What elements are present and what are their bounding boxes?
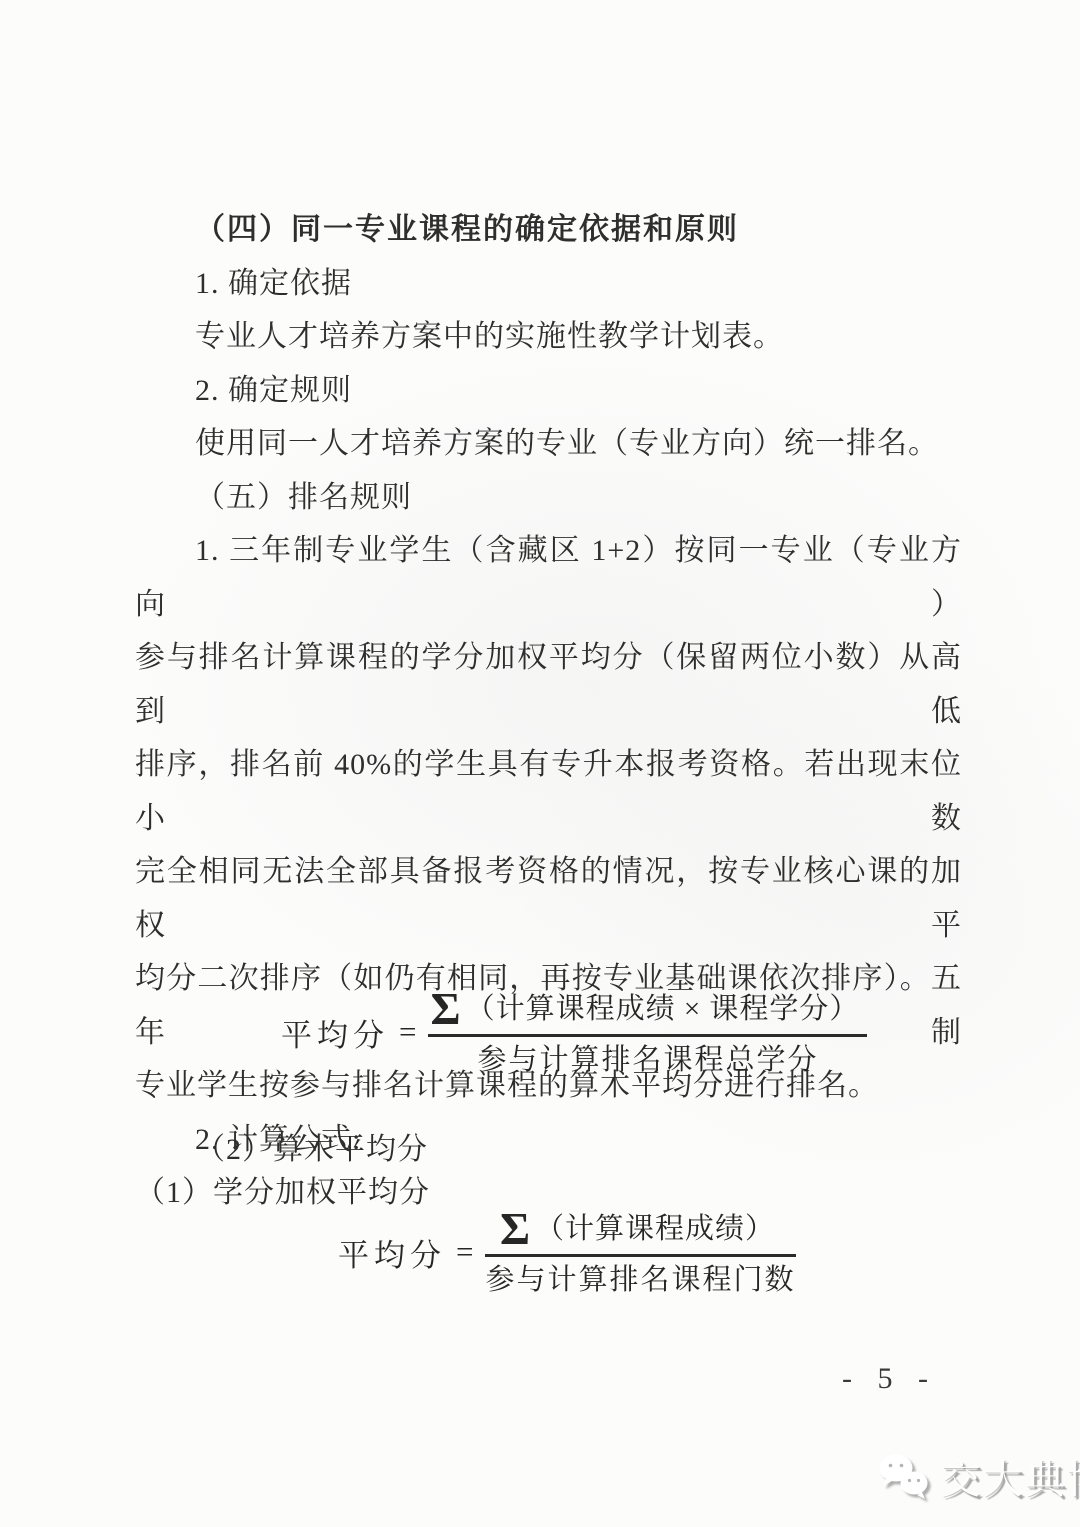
watermark: 交大典博 — [876, 1448, 1080, 1505]
ranking-rule-line-2: 参与排名计算课程的学分加权平均分（保留两位小数）从高到低 — [135, 631, 962, 738]
numerator-text: （计算课程成绩） — [535, 1206, 775, 1247]
watermark-label: 交大典博 — [941, 1448, 1080, 1505]
section-heading-4: （四）同一专业课程的确定依据和原则 — [135, 203, 962, 257]
numerator-text: （计算课程成绩 × 课程学分） — [466, 986, 860, 1027]
wechat-icon — [876, 1453, 934, 1501]
arithmetic-average-subheading: （2）算术平均分 — [135, 1123, 962, 1177]
formula-lhs: 平均分 — [338, 1230, 446, 1275]
equals-sign: = — [399, 1014, 416, 1050]
formula-lhs: 平均分 — [281, 1010, 389, 1055]
fraction-numerator: Σ （计算课程成绩） — [485, 1206, 795, 1257]
equals-sign: = — [456, 1234, 473, 1270]
item-1-body: 专业人才培养方案中的实施性教学计划表。 — [135, 310, 962, 364]
document-page: （四）同一专业课程的确定依据和原则 1. 确定依据 专业人才培养方案中的实施性教… — [0, 0, 1080, 1527]
page-number: - 5 - — [842, 1362, 937, 1396]
fraction: Σ （计算课程成绩 × 课程学分） 参与计算排名课程总学分 — [428, 986, 867, 1078]
sigma-symbol: Σ — [500, 1211, 531, 1247]
arithmetic-average-block: （2）算术平均分 — [135, 1123, 962, 1177]
fraction-numerator: Σ （计算课程成绩 × 课程学分） — [428, 986, 867, 1037]
fraction-denominator: 参与计算排名课程总学分 — [477, 1035, 818, 1076]
ranking-rule-line-1: 1. 三年制专业学生（含藏区 1+2）按同一专业（专业方向） — [135, 524, 962, 631]
arithmetic-average-formula: 平均分 = Σ （计算课程成绩） 参与计算排名课程门数 — [338, 1206, 796, 1298]
ranking-rule-line-3: 排序，排名前 40%的学生具有专升本报考资格。若出现末位小数 — [135, 738, 962, 845]
weighted-average-formula: 平均分 = Σ （计算课程成绩 × 课程学分） 参与计算排名课程总学分 — [281, 986, 867, 1078]
item-1-heading: 1. 确定依据 — [135, 257, 962, 311]
section-heading-5: （五）排名规则 — [135, 471, 962, 525]
sigma-symbol: Σ — [430, 991, 461, 1027]
item-2-heading: 2. 确定规则 — [135, 364, 962, 418]
fraction: Σ （计算课程成绩） 参与计算排名课程门数 — [485, 1206, 795, 1298]
ranking-rule-line-4: 完全相同无法全部具备报考资格的情况，按专业核心课的加权平 — [135, 845, 962, 952]
fraction-denominator: 参与计算排名课程门数 — [485, 1255, 795, 1296]
item-2-body: 使用同一人才培养方案的专业（专业方向）统一排名。 — [135, 417, 962, 471]
